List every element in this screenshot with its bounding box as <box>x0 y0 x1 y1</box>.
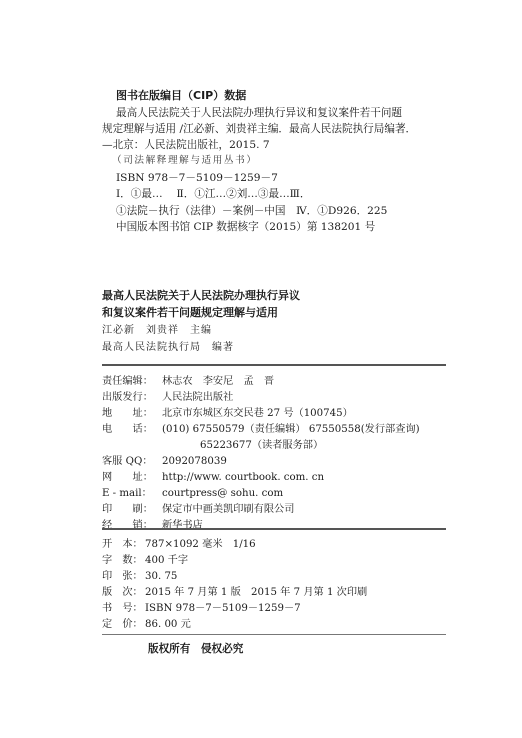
compiler: 最高人民法院执行局 编著 <box>102 341 234 355</box>
cip-heading: 图书在版编目（CIP）数据 <box>116 89 246 103</box>
spec-row: 版 次：2015 年 7 月第 1 版 2015 年 7 月第 1 次印刷 <box>102 586 367 600</box>
spec-row: 定 价：86. 00 元 <box>102 618 191 632</box>
editors: 江必新 刘贵祥 主编 <box>102 324 212 338</box>
cip-series: （司法解释理解与适用丛书） <box>112 154 258 168</box>
cip-classification: Ⅰ．①最… Ⅱ．①江…②刘…③最…Ⅲ． <box>116 187 310 201</box>
spec-row: 开 本：787×1092 毫米 1/16 <box>102 538 256 552</box>
info-row: E - mail：courtpress@ sohu. com <box>102 487 283 501</box>
info-row: 65223677（读者服务部） <box>102 439 323 453</box>
spec-row: 印 张：30. 75 <box>102 570 177 584</box>
info-row: 电 话：(010) 67550579（责任编辑） 67550558(发行部查询) <box>102 423 420 437</box>
copyright-notice: 版权所有 侵权必究 <box>148 642 243 656</box>
info-row: 地 址：北京市东城区东交民巷 27 号（100745） <box>102 407 353 421</box>
spec-row: 书 号：ISBN 978－7－5109－1259－7 <box>102 602 301 616</box>
cip-line: —北京：人民法院出版社，2015. 7 <box>102 138 270 152</box>
info-row: 客服 QQ：2092078039 <box>102 455 227 469</box>
cip-record-number: 中国版本图书馆 CIP 数据核字（2015）第 138201 号 <box>116 220 375 234</box>
divider-rule <box>102 528 446 530</box>
cip-isbn: ISBN 978－7－5109－1259－7 <box>116 171 278 185</box>
info-row: 责任编辑：林志农 李安尼 孟 晋 <box>102 375 274 389</box>
divider-rule <box>102 634 446 635</box>
cip-classification: ①法院－执行（法律）－案例－中国 Ⅳ．①D926．225 <box>116 204 387 218</box>
spec-row: 字 数：400 千字 <box>102 554 188 568</box>
info-row: 印 刷：保定市中画美凯印刷有限公司 <box>102 503 294 517</box>
info-row: 网 址：http://www. courtbook. com. cn <box>102 471 324 485</box>
book-title-line1: 最高人民法院关于人民法院办理执行异议 <box>102 289 300 303</box>
book-title-line2: 和复议案件若干问题规定理解与适用 <box>102 306 278 320</box>
cip-line: 规定理解与适用 /江必新、刘贵祥主编．最高人民法院执行局编著． <box>102 122 416 136</box>
divider-rule <box>102 364 446 366</box>
info-row: 经 销：新华书店 <box>102 519 203 533</box>
info-row: 出版发行：人民法院出版社 <box>102 391 233 405</box>
cip-line: 最高人民法院关于人民法院办理执行异议和复议案件若干问题 <box>116 106 402 120</box>
